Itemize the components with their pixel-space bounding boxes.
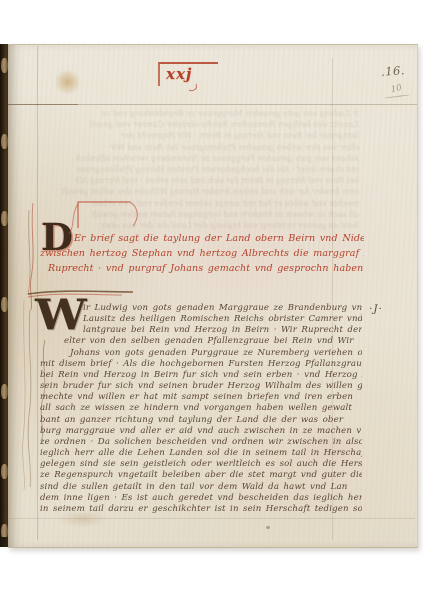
body-line: mit disem brief · Als die hochgebornen F… [40,359,362,370]
sewing-support [1,384,8,399]
body-line: Johans von gots genaden Purggraue ze Nur… [40,348,362,359]
ruling-line-horizontal [8,104,417,105]
body-text-block: ir Ludwig von gots genaden Marggraue ze … [40,303,362,515]
folio-number: .16. [381,63,406,79]
ink-speck [266,526,270,529]
body-line: dem inne ligen · Es ist auch geredet vnd… [40,493,362,504]
body-line: sind die sullen getailt in den tail vor … [40,482,362,493]
chapter-numeral: xxj [158,62,218,86]
body-line: bei Rein vnd Herzog in Beirn fur sich vn… [40,370,362,381]
body-line: ze ordnen · Da solichen bescheiden vnd o… [40,437,362,448]
body-line: ir Ludwig von gots genaden Marggraue ze … [40,303,362,314]
body-line: gelegen sind sie sein geistleich oder we… [40,459,362,470]
body-line: bant an ganzer richtung vnd taylung der … [40,415,362,426]
sewing-support [1,464,8,479]
sewing-support [1,58,8,73]
body-line: in seinem tail darzu er geschikchter ist… [40,504,362,515]
stain [54,69,81,95]
body-line: burg marggraue vnd aller er aid vnd auch… [40,426,362,437]
sewing-support [1,211,8,226]
rubric-heading: Er brief sagt die taylung der Land obern… [40,231,364,277]
rubric-line: Ruprecht · vnd purgraf Johans gemacht vn… [40,261,364,276]
showthrough-text: ir Ludwig von gots genaden Marggraue ze … [45,108,359,231]
body-line: elter von den selben genaden Pfallenzgra… [40,336,362,347]
body-line: ieglich herr alle die Lehen Landen sol d… [40,448,362,459]
sewing-support [1,134,8,149]
manuscript-scan: xxj .16. 10 ir Ludwig von gots genaden M… [0,0,423,599]
body-line: lantgraue bei Rein vnd Herzog in Beirn ·… [40,325,362,336]
body-line: all sach ze wissen ze hindern vnd vorgan… [40,403,362,414]
margin-letter-j: ·J· [369,303,383,315]
rubric-line: Er brief sagt die taylung der Land obern… [40,231,364,246]
body-line: ze Regenspurch vngetailt beleiben aber d… [40,470,362,481]
body-line: sein bruder fur sich vnd seinen bruder H… [40,381,362,392]
body-line: Lausitz des heiligen Romischen Reichs ob… [40,314,362,325]
sewing-support [1,297,8,312]
rubric-line: zwischen hertzog Stephan vnd hertzog Alb… [40,246,364,261]
body-line: mechte vnd willen er hat mit sampt seine… [40,392,362,403]
